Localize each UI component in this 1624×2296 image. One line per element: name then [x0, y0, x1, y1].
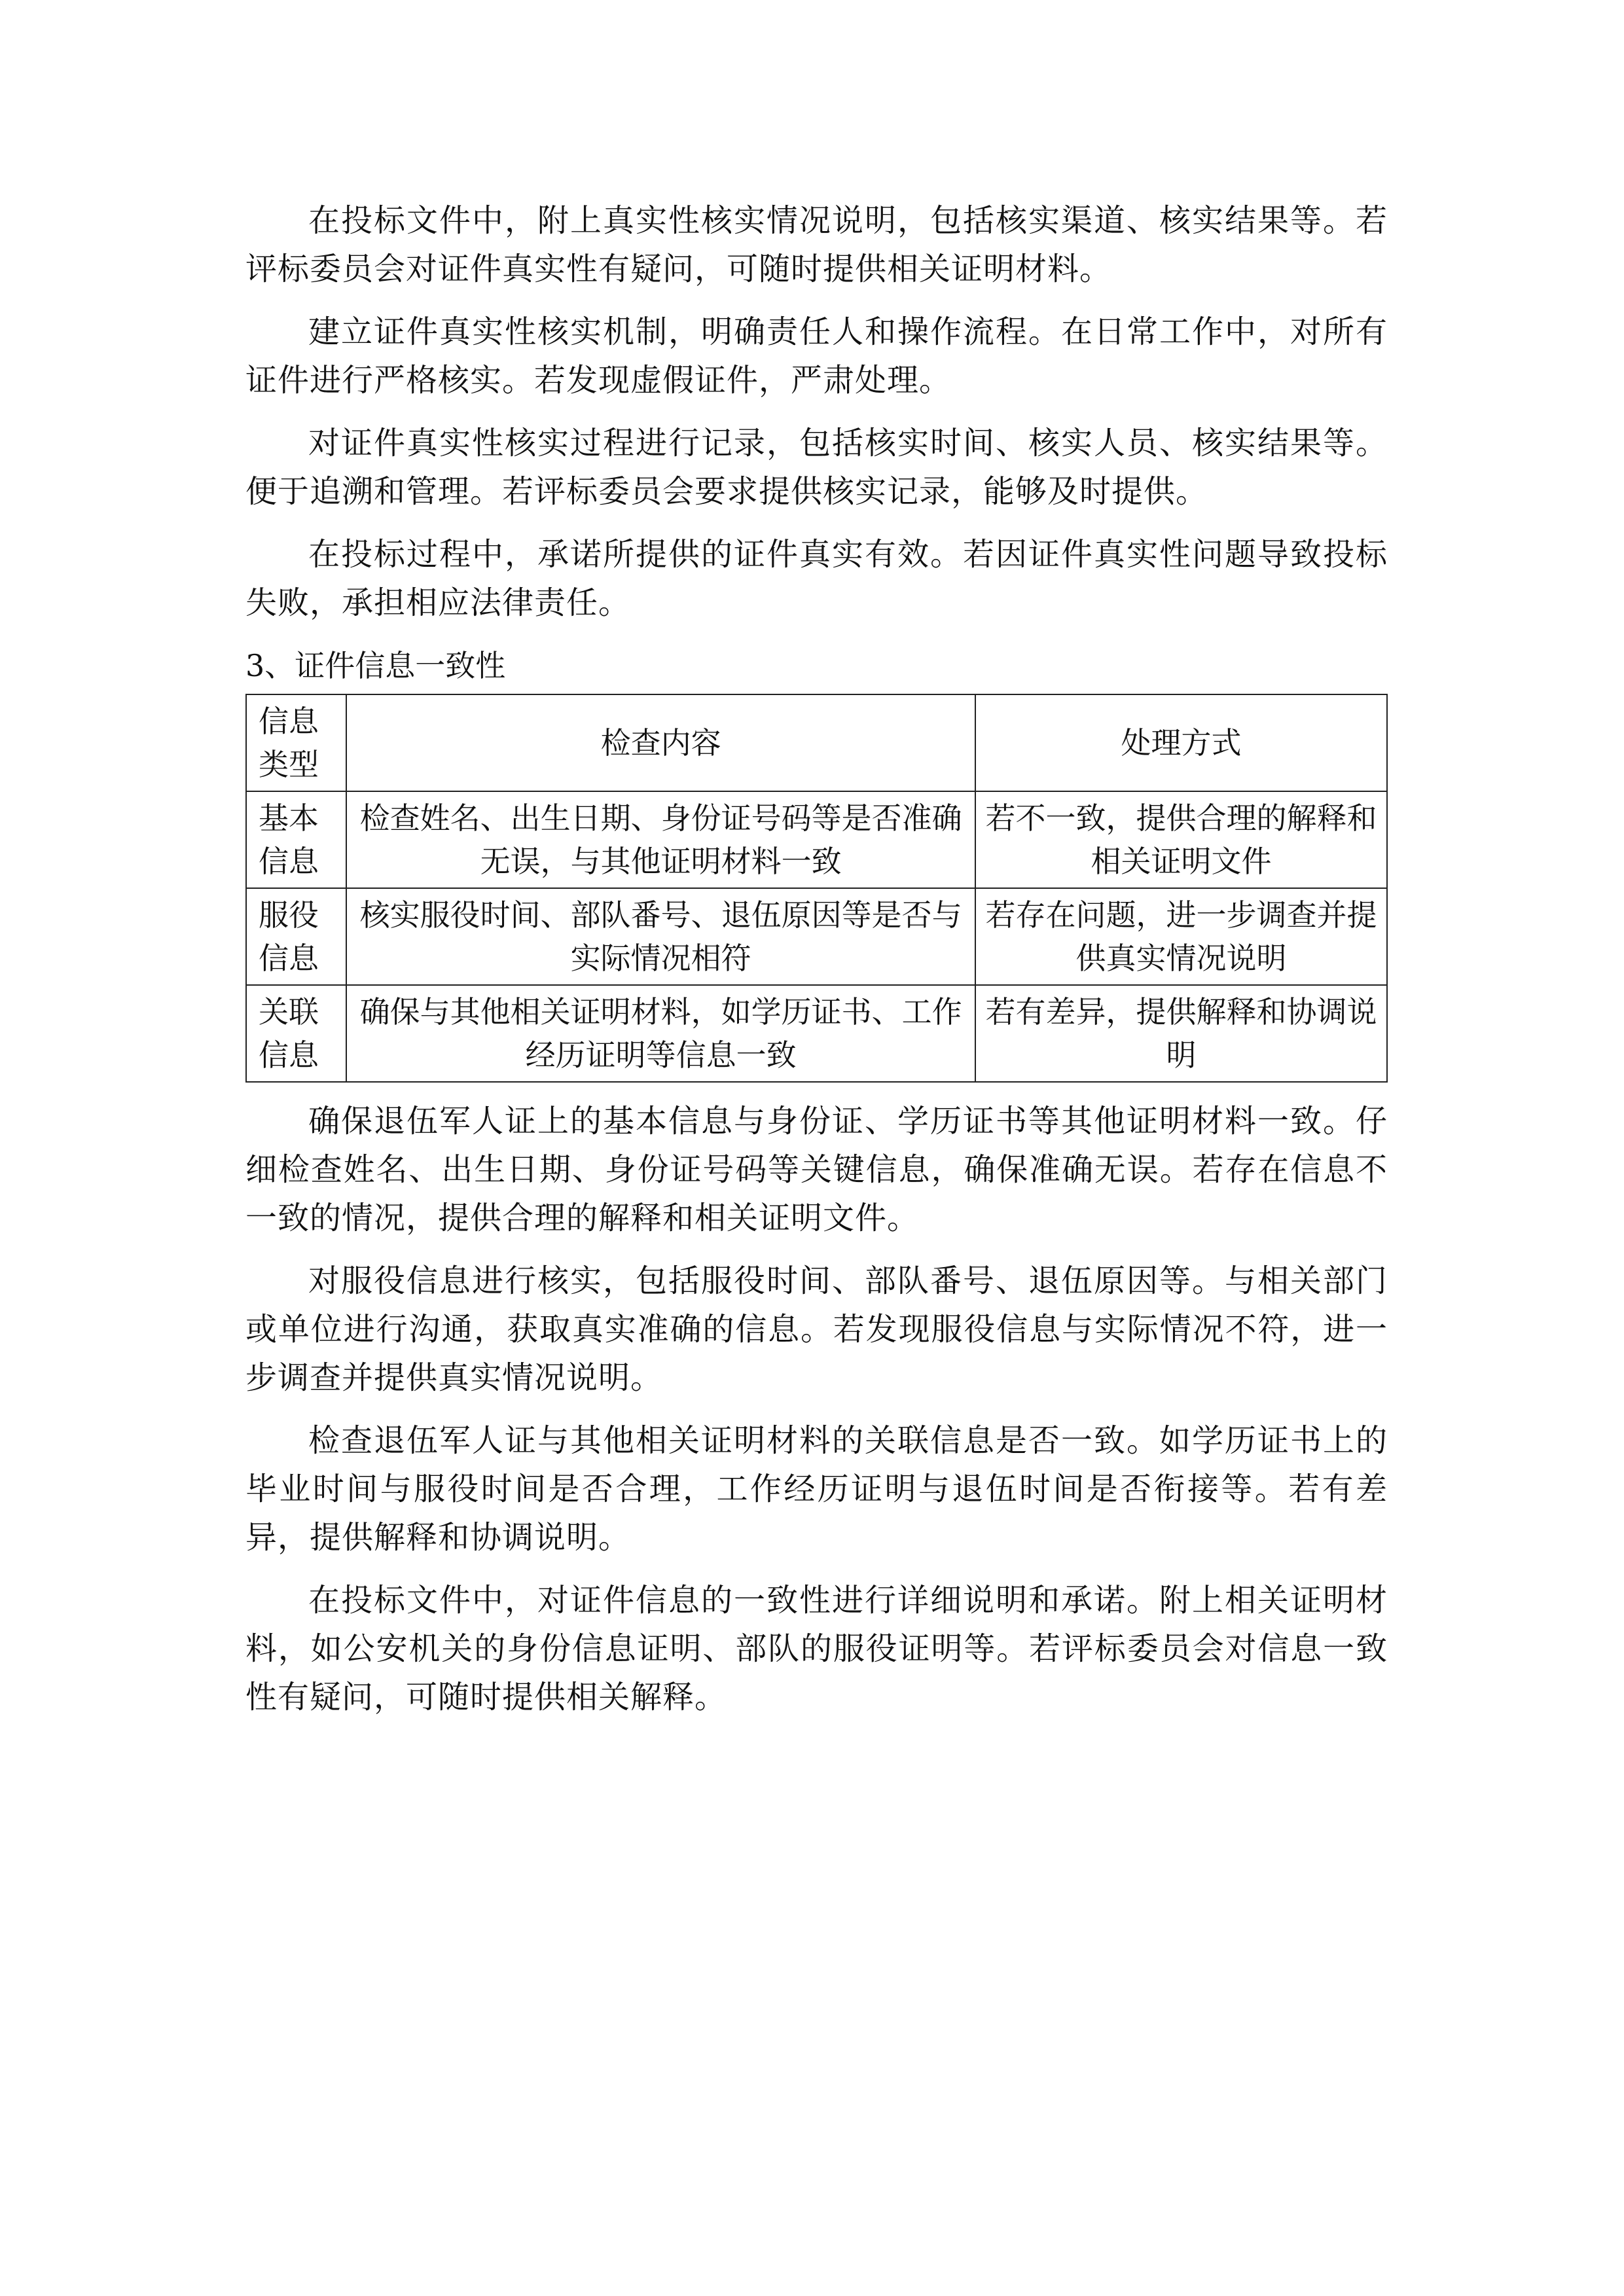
header-cell-content: 检查内容 — [346, 694, 975, 791]
table-row: 服役信息 核实服役时间、部队番号、退伍原因等是否与实际情况相符 若存在问题，进一… — [246, 888, 1387, 985]
paragraph: 对证件真实性核实过程进行记录，包括核实时间、核实人员、核实结果等。便于追溯和管理… — [245, 419, 1388, 516]
table-header-row: 信息类型 检查内容 处理方式 — [246, 694, 1387, 791]
document-page: 在投标文件中，附上真实性核实情况说明，包括核实渠道、核实结果等。若评标委员会对证… — [245, 196, 1388, 1736]
cell-handling: 若不一致，提供合理的解释和相关证明文件 — [975, 791, 1387, 888]
header-cell-handling: 处理方式 — [975, 694, 1387, 791]
paragraph: 检查退伍军人证与其他相关证明材料的关联信息是否一致。如学历证书上的毕业时间与服役… — [245, 1416, 1388, 1562]
header-cell-type: 信息类型 — [246, 694, 346, 791]
section-heading: 3、证件信息一致性 — [245, 641, 1388, 690]
cell-type: 服役信息 — [246, 888, 346, 985]
cell-type: 关联信息 — [246, 985, 346, 1082]
paragraph: 在投标过程中，承诺所提供的证件真实有效。若因证件真实性问题导致投标失败，承担相应… — [245, 530, 1388, 627]
cell-handling: 若存在问题，进一步调查并提供真实情况说明 — [975, 888, 1387, 985]
cell-content: 确保与其他相关证明材料，如学历证书、工作经历证明等信息一致 — [346, 985, 975, 1082]
table-row: 基本信息 检查姓名、出生日期、身份证号码等是否准确无误，与其他证明材料一致 若不… — [246, 791, 1387, 888]
paragraph: 在投标文件中，对证件信息的一致性进行详细说明和承诺。附上相关证明材料，如公安机关… — [245, 1576, 1388, 1721]
paragraph: 在投标文件中，附上真实性核实情况说明，包括核实渠道、核实结果等。若评标委员会对证… — [245, 196, 1388, 293]
paragraph: 确保退伍军人证上的基本信息与身份证、学历证书等其他证明材料一致。仔细检查姓名、出… — [245, 1097, 1388, 1242]
cell-handling: 若有差异，提供解释和协调说明 — [975, 985, 1387, 1082]
paragraph: 对服役信息进行核实，包括服役时间、部队番号、退伍原因等。与相关部门或单位进行沟通… — [245, 1257, 1388, 1402]
cell-content: 检查姓名、出生日期、身份证号码等是否准确无误，与其他证明材料一致 — [346, 791, 975, 888]
paragraph: 建立证件真实性核实机制，明确责任人和操作流程。在日常工作中，对所有证件进行严格核… — [245, 308, 1388, 404]
consistency-table: 信息类型 检查内容 处理方式 基本信息 检查姓名、出生日期、身份证号码等是否准确… — [245, 694, 1388, 1083]
cell-content: 核实服役时间、部队番号、退伍原因等是否与实际情况相符 — [346, 888, 975, 985]
cell-type: 基本信息 — [246, 791, 346, 888]
table-row: 关联信息 确保与其他相关证明材料，如学历证书、工作经历证明等信息一致 若有差异，… — [246, 985, 1387, 1082]
